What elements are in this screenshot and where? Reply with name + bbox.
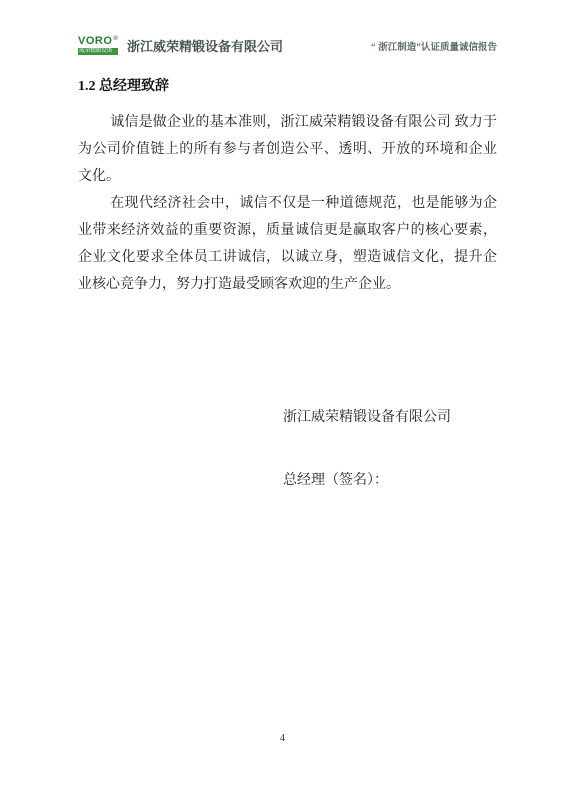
paragraph-modern-economy: 在现代经济社会中，诚信不仅是一种道德规范，也是能够为企业带来经济效益的重要资源，…	[78, 190, 497, 298]
paragraph-integrity-principle: 诚信是做企业的基本准则，浙江威荣精锻设备有限公司 致力于为公司价值链上的所有参与…	[78, 109, 497, 190]
header-company-name: 浙江威荣精锻设备有限公司	[127, 36, 283, 55]
company-logo: VORO® 威荣精锻设备	[78, 36, 120, 55]
page-content: VORO® 威荣精锻设备 浙江威荣精锻设备有限公司 “ 浙江制造”认证质量诚信报…	[78, 36, 497, 489]
signature-company-name: 浙江威荣精锻设备有限公司	[283, 406, 497, 426]
document-page: VORO® 威荣精锻设备 浙江威荣精锻设备有限公司 “ 浙江制造”认证质量诚信报…	[0, 0, 565, 800]
page-number: 4	[280, 733, 285, 744]
logo-tagline: 威荣精锻设备	[78, 48, 118, 55]
section-heading: 1.2 总经理致辞	[78, 75, 497, 95]
general-manager-signature-line: 总经理（签名）：	[283, 469, 497, 489]
header-report-title: “ 浙江制造”认证质量诚信报告	[371, 39, 497, 53]
page-header: VORO® 威荣精锻设备 浙江威荣精锻设备有限公司 “ 浙江制造”认证质量诚信报…	[78, 36, 497, 55]
logo-wordmark: VORO®	[78, 36, 118, 47]
signature-block: 浙江威荣精锻设备有限公司 总经理（签名）：	[283, 406, 497, 489]
logo-text: VORO	[78, 36, 112, 47]
registered-trademark-icon: ®	[113, 36, 118, 42]
page-footer: 4	[0, 733, 565, 744]
